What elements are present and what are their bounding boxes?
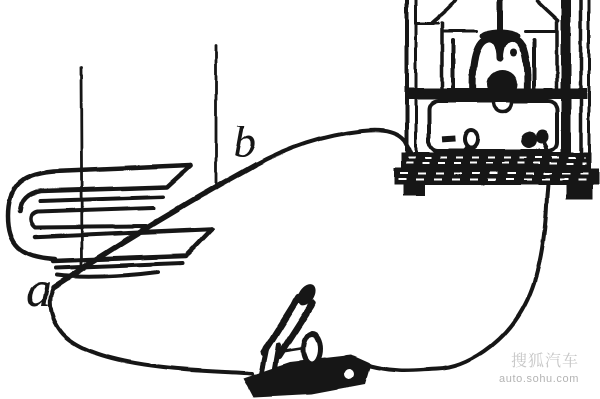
galv-terminal-panel: [429, 101, 557, 151]
galv-mechanism: [453, 0, 534, 98]
galv-terminal-left-hook: [465, 130, 478, 148]
wire-b-to-galvanometer: [254, 130, 412, 166]
magnet-bottom-pole-lower-line: [56, 263, 183, 268]
galv-beam: [405, 88, 587, 99]
galv-dial-arc-left: [433, 0, 456, 22]
galvanometer: [394, 0, 599, 199]
galv-foot-left: [403, 185, 425, 196]
horseshoe-magnet: [8, 165, 212, 277]
physics-diagram: a b: [0, 0, 600, 399]
knife-switch: [243, 281, 371, 397]
galv-terminal-right-knob: [521, 132, 537, 148]
switch-base-hole: [344, 369, 354, 379]
watermark: 搜狐汽车 auto.sohu.com: [499, 352, 579, 386]
magnet-top-pole-lower-line: [40, 197, 163, 201]
magnet-inner-slot: [31, 208, 154, 227]
label-b: b: [233, 116, 256, 167]
watermark-brand: 搜狐汽车: [499, 352, 579, 372]
watermark-site: auto.sohu.com: [499, 372, 579, 386]
galv-base-tier1: [401, 152, 591, 169]
switch-contact-clip: [304, 334, 321, 365]
galv-panel-notch: [494, 102, 512, 111]
galv-base: [394, 152, 599, 199]
galv-coil-dot: [511, 50, 518, 57]
galv-base-tier2: [394, 168, 599, 185]
wire-a-to-switch: [50, 287, 252, 373]
galv-foot-right: [566, 185, 593, 199]
left-suspension-wire: [81, 67, 82, 268]
galv-dial-arc-right: [537, 1, 558, 21]
figure-canvas: a b: [0, 0, 600, 399]
galv-terminal-left-dash: [442, 136, 455, 143]
switch-handle-edge1: [264, 297, 299, 353]
label-a: a: [26, 261, 52, 318]
galv-terminal-right-knob2: [536, 131, 549, 144]
magnet-bottom-pole-top-edge: [35, 229, 212, 237]
